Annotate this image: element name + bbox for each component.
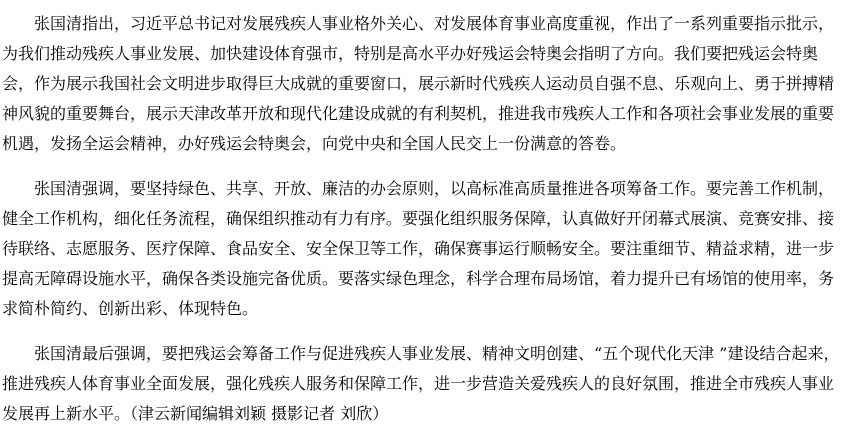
paragraph-2: 张国清强调，要坚持绿色、共享、开放、廉洁的办会原则，以高标准高质量推进各项筹备工… (2, 174, 847, 324)
paragraph-1: 张国清指出，习近平总书记对发展残疾人事业格外关心、对发展体育事业高度重视，作出了… (2, 9, 847, 159)
article-body: 张国清指出，习近平总书记对发展残疾人事业格外关心、对发展体育事业高度重视，作出了… (0, 0, 850, 429)
paragraph-3: 张国清最后强调，要把残运会筹备工作与促进残疾人事业发展、精神文明创建、“五个现代… (2, 339, 847, 429)
byline: （津云新闻编辑刘颖 摄影记者 刘欣） (130, 404, 388, 423)
paragraph-3-text: 张国清最后强调，要把残运会筹备工作与促进残疾人事业发展、精神文明创建、“五个现代… (2, 344, 839, 423)
